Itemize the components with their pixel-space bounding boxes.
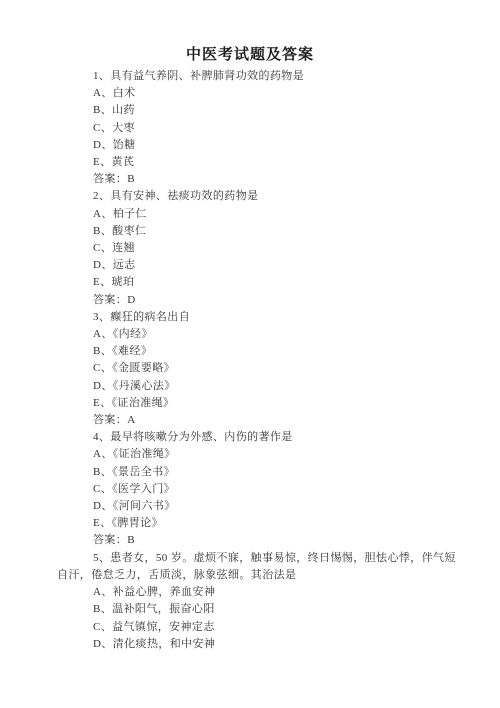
answer-line: 答案：B <box>57 532 444 549</box>
question-stem: 2、具有安神、祛痰功效的药物是 <box>57 188 444 205</box>
question-stem-line-2: 自汗，倦怠乏力，舌质淡，脉象弦细。其治法是 <box>57 567 444 584</box>
doc-content: 1、具有益气养阴、补脾肺肾功效的药物是 A、白术 B、山药 C、大枣 D、饴糖 … <box>57 68 444 653</box>
question-stem: 3、癫狂的病名出自 <box>57 309 444 326</box>
option-line: A、柏子仁 <box>57 206 444 223</box>
option-line: C、大枣 <box>57 120 444 137</box>
answer-line: 答案：A <box>57 412 444 429</box>
option-line: A、《证治准绳》 <box>57 446 444 463</box>
option-line: A、《内经》 <box>57 326 444 343</box>
question-block-3: 3、癫狂的病名出自 A、《内经》 B、《难经》 C、《金匮要略》 D、《丹溪心法… <box>57 309 444 429</box>
question-stem-line-1: 5、患者女，50 岁。虚烦不寐，触事易惊，终日惕惕，胆怯心悸，伴气短 <box>57 550 444 567</box>
option-line: E、黄芪 <box>57 154 444 171</box>
option-line: C、益气镇惊，安神定志 <box>57 619 444 636</box>
option-line: A、白术 <box>57 85 444 102</box>
option-line: D、《丹溪心法》 <box>57 378 444 395</box>
option-line: A、补益心脾，养血安神 <box>57 584 444 601</box>
question-block-1: 1、具有益气养阴、补脾肺肾功效的药物是 A、白术 B、山药 C、大枣 D、饴糖 … <box>57 68 444 188</box>
option-line: D、清化痰热，和中安神 <box>57 636 444 653</box>
option-line: E、琥珀 <box>57 274 444 291</box>
question-stem: 1、具有益气养阴、补脾肺肾功效的药物是 <box>57 68 444 85</box>
answer-line: 答案：D <box>57 292 444 309</box>
exam-document-page: 中医考试题及答案 1、具有益气养阴、补脾肺肾功效的药物是 A、白术 B、山药 C… <box>0 0 500 708</box>
option-line: C、连翘 <box>57 240 444 257</box>
question-stem: 4、最早将咳嗽分为外感、内伤的著作是 <box>57 429 444 446</box>
option-line: D、《河间六书》 <box>57 498 444 515</box>
option-line: B、酸枣仁 <box>57 223 444 240</box>
option-line: B、山药 <box>57 102 444 119</box>
option-line: C、《医学入门》 <box>57 481 444 498</box>
option-line: B、温补阳气，振奋心阳 <box>57 601 444 618</box>
question-block-2: 2、具有安神、祛痰功效的药物是 A、柏子仁 B、酸枣仁 C、连翘 D、远志 E、… <box>57 188 444 308</box>
question-block-5: 5、患者女，50 岁。虚烦不寐，触事易惊，终日惕惕，胆怯心悸，伴气短 自汗，倦怠… <box>57 550 444 653</box>
option-line: E、《脾胃论》 <box>57 515 444 532</box>
option-line: D、远志 <box>57 257 444 274</box>
answer-line: 答案：B <box>57 171 444 188</box>
option-line: B、《景岳全书》 <box>57 464 444 481</box>
option-line: D、饴糖 <box>57 137 444 154</box>
doc-title: 中医考试题及答案 <box>0 0 500 66</box>
question-block-4: 4、最早将咳嗽分为外感、内伤的著作是 A、《证治准绳》 B、《景岳全书》 C、《… <box>57 429 444 549</box>
option-line: B、《难经》 <box>57 343 444 360</box>
option-line: C、《金匮要略》 <box>57 360 444 377</box>
option-line: E、《证治准绳》 <box>57 395 444 412</box>
